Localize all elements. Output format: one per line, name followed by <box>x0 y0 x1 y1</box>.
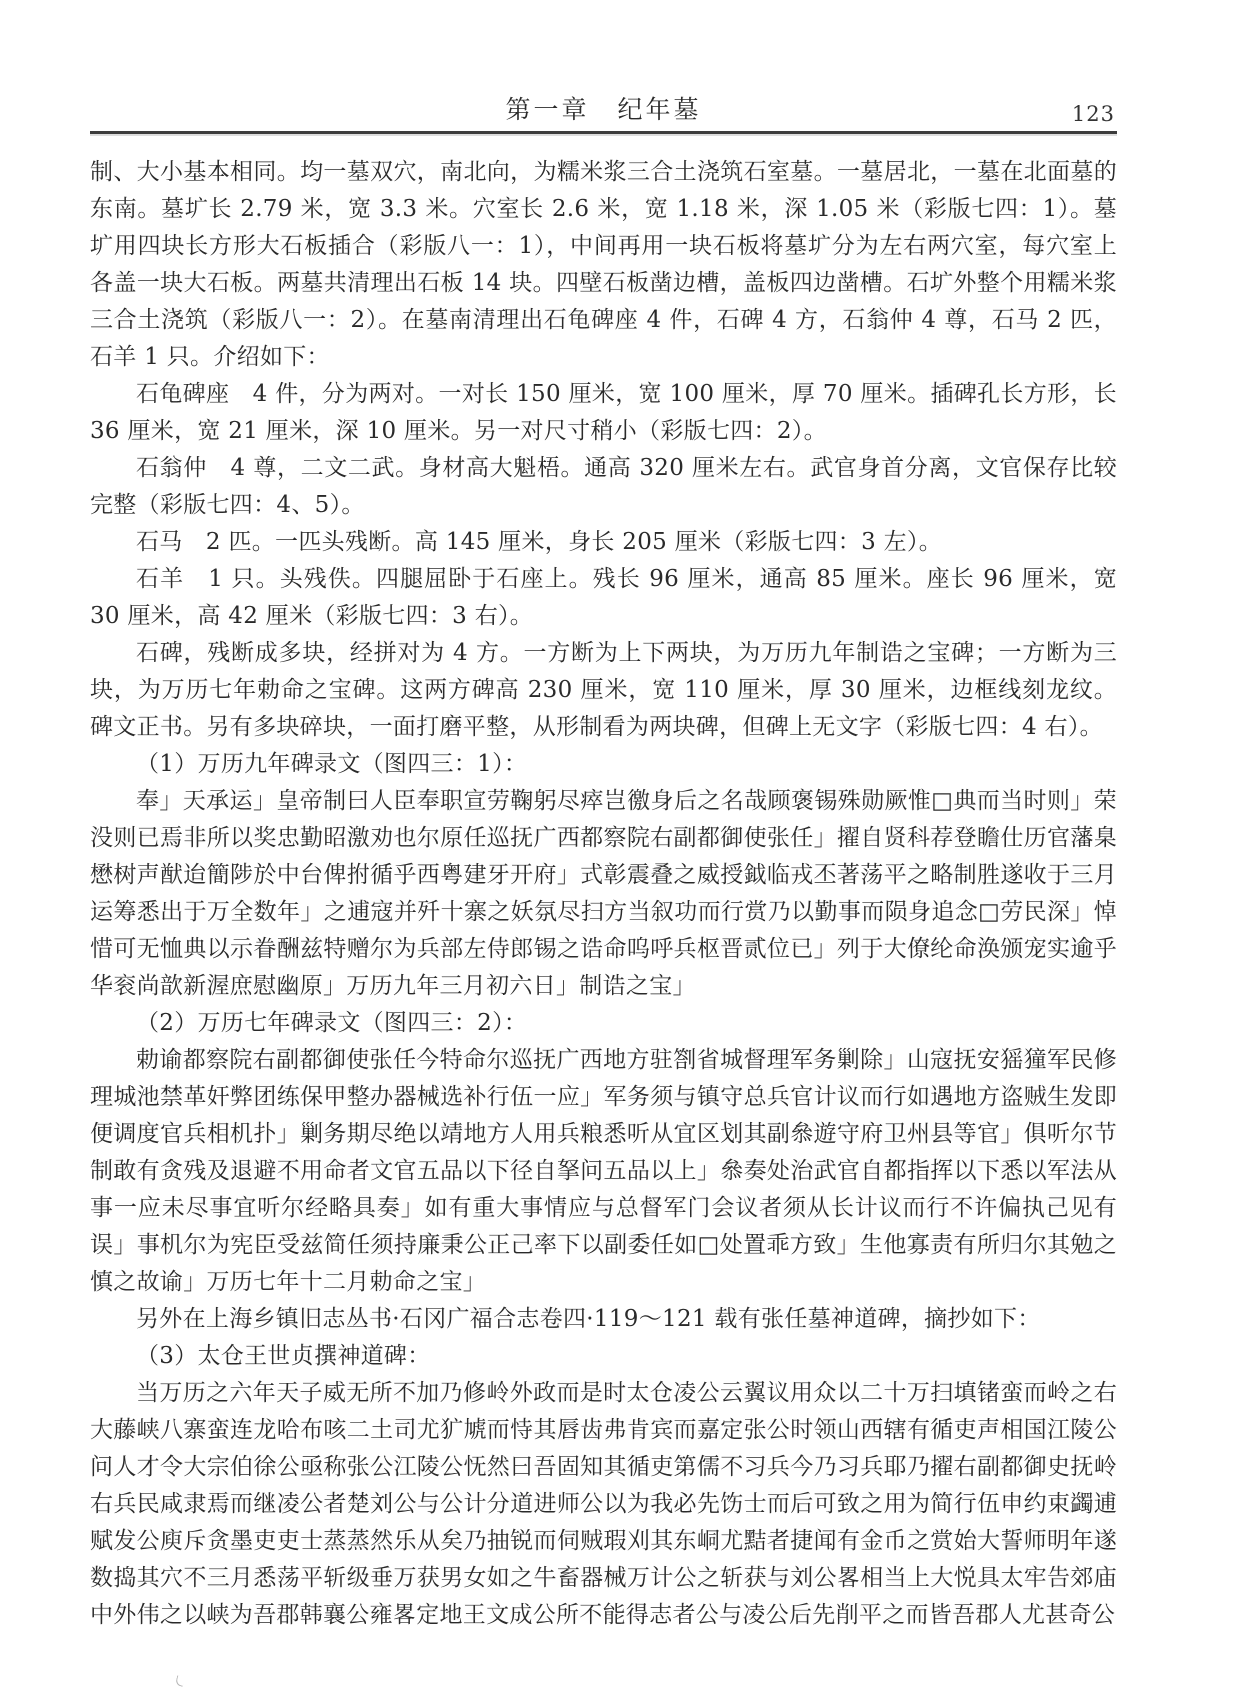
para-turtle-bases: 石龟碑座 4 件，分为两对。一对长 150 厘米，宽 100 厘米，厚 70 厘… <box>90 376 1117 450</box>
para-stone-figures: 石翁仲 4 尊，二文二武。身材高大魁梧。通高 320 厘米左右。武官身首分离，文… <box>90 450 1117 524</box>
heading-transcript-wanli-9: （1）万历九年碑录文（图四三：1）： <box>90 746 1117 783</box>
book-page: 第一章 纪年墓 123 制、大小基本相同。均一墓双穴，南北向，为糯米浆三合土浇筑… <box>0 0 1240 1694</box>
transcript-wanli-9: 奉」天承运」皇帝制曰人臣奉职宣劳鞠躬尽瘁岂徼身后之名哉顾褒锡殊勋厥惟□典而当时则… <box>90 783 1117 1005</box>
heading-transcript-wanli-7: （2）万历七年碑录文（图四三：2）： <box>90 1005 1117 1042</box>
scan-speck <box>175 1675 185 1687</box>
para-steles: 石碑，残断成多块，经拼对为 4 方。一方断为上下两块，为万历九年制诰之宝碑；一方… <box>90 635 1117 746</box>
heading-transcript-shendaobei: （3）太仓王世贞撰神道碑： <box>90 1338 1117 1375</box>
page-header: 第一章 纪年墓 123 <box>90 90 1117 124</box>
para-stone-horses: 石马 2 匹。一匹头残断。高 145 厘米，身长 205 厘米（彩版七四：3 左… <box>90 524 1117 561</box>
transcript-wanli-7: 勅谕都察院右副都御使张任今特命尔巡抚广西地方驻劄省城督理军务剿除」山寇抚安猺獞军… <box>90 1042 1117 1301</box>
page-body: 制、大小基本相同。均一墓双穴，南北向，为糯米浆三合土浇筑石室墓。一墓居北，一墓在… <box>90 154 1117 1634</box>
chapter-title: 第一章 纪年墓 <box>90 90 1117 126</box>
transcript-shendaobei: 当万历之六年天子威无所不加乃修岭外政而是时太仓凌公云翼议用众以二十万扫填锗蛮而岭… <box>90 1375 1117 1634</box>
page-number: 123 <box>1072 102 1115 126</box>
header-rule <box>90 131 1117 134</box>
para-gazetteer-note: 另外在上海乡镇旧志丛书·石冈广福合志卷四·119～121 载有张任墓神道碑，摘抄… <box>90 1301 1117 1338</box>
para-stone-sheep: 石羊 1 只。头残佚。四腿屈卧于石座上。残长 96 厘米，通高 85 厘米。座长… <box>90 561 1117 635</box>
para-intro-continuation: 制、大小基本相同。均一墓双穴，南北向，为糯米浆三合土浇筑石室墓。一墓居北，一墓在… <box>90 154 1117 376</box>
